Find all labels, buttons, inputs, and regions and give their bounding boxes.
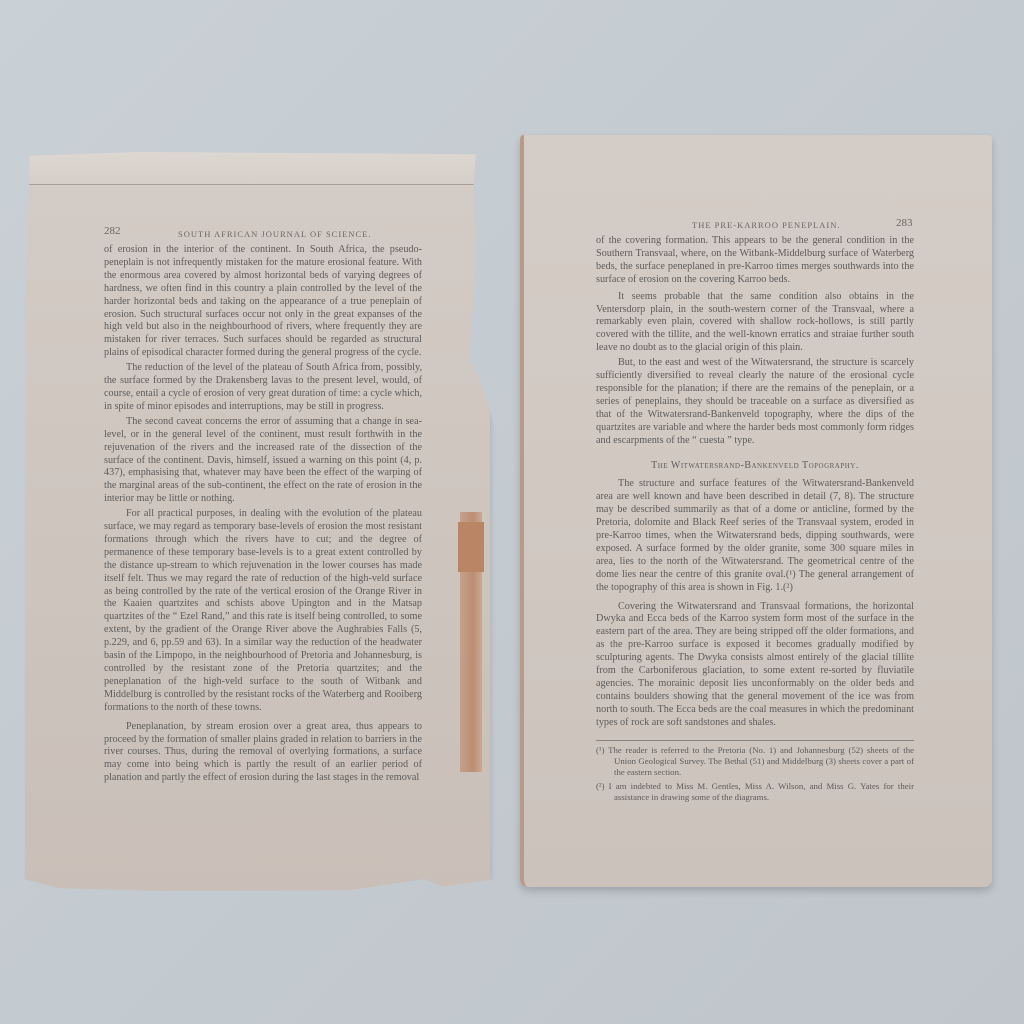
body-text: of erosion in the interior of the contin… [104, 244, 422, 785]
paragraph: For all practical purposes, in dealing w… [104, 508, 422, 715]
paragraph: The reduction of the level of the platea… [104, 362, 422, 414]
paragraph: The second caveat concerns the error of … [104, 416, 422, 506]
tape-stain-patch [458, 522, 484, 572]
right-page-283: THE PRE-KARROO PENEPLAIN. 283 of the cov… [520, 135, 992, 887]
paragraph: Covering the Witwatersrand and Transvaal… [596, 601, 914, 730]
page-number: 282 [104, 225, 121, 237]
footnote-1: (¹) The reader is referred to the Pretor… [596, 745, 914, 778]
paragraph: Peneplanation, by stream erosion over a … [104, 721, 422, 786]
running-head: SOUTH AFRICAN JOURNAL OF SCIENCE. [178, 229, 372, 239]
paragraph: of the covering formation. This appears … [596, 235, 914, 287]
page-number: 283 [896, 217, 913, 229]
paragraph: It seems probable that the same conditio… [596, 291, 914, 356]
footnote-rule [596, 740, 914, 741]
paragraph: The structure and surface features of th… [596, 478, 914, 594]
body-text: of the covering formation. This appears … [596, 235, 914, 803]
left-page-282: 282 SOUTH AFRICAN JOURNAL OF SCIENCE. of… [20, 152, 490, 894]
folded-top-edge [20, 152, 490, 185]
footnote-2: (²) I am indebted to Miss M. Gentles, Mi… [596, 781, 914, 803]
running-head: THE PRE-KARROO PENEPLAIN. [692, 220, 841, 230]
section-heading: The Witwatersrand-Bankenveld Topography. [596, 460, 914, 473]
paragraph: But, to the east and west of the Witwate… [596, 357, 914, 447]
paragraph: of erosion in the interior of the contin… [104, 244, 422, 360]
